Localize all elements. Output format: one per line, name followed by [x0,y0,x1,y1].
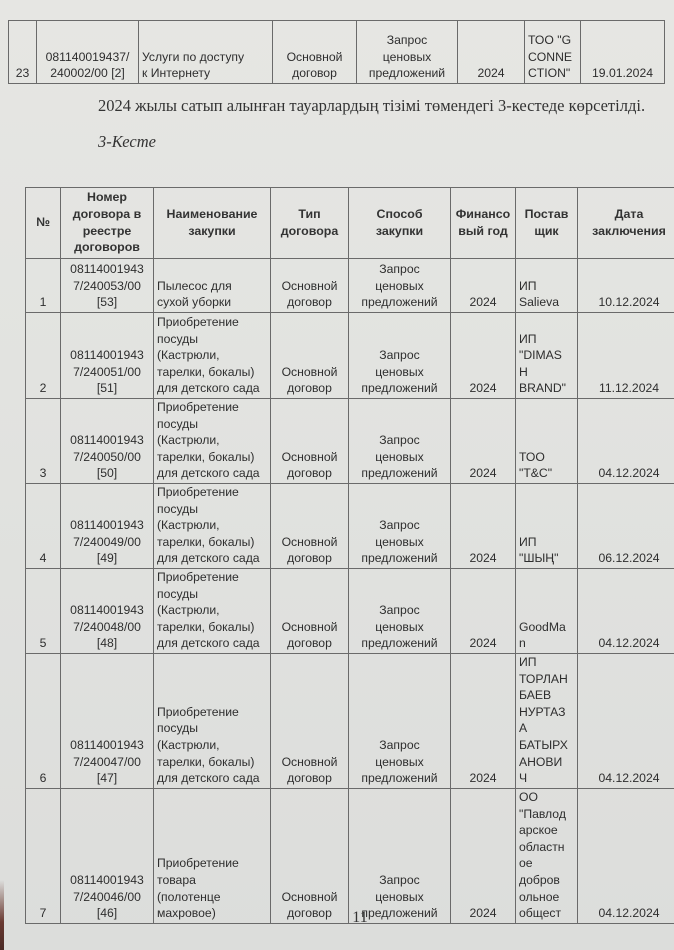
fiscal-year: 2024 [451,259,516,313]
contract-number: 08114001943 7/240048/00 [48] [61,569,154,654]
supplier: ИП "ШЫҢ" [516,484,578,569]
row-number: 5 [26,569,61,654]
header-purchase-method: Способ закупки [349,188,451,259]
purchase-method: Запрос ценовых предложений [349,569,451,654]
fiscal-year: 2024 [451,484,516,569]
header-purchase-name: Наименование закупки [154,188,271,259]
table-row: 708114001943 7/240046/00 [46]Приобретени… [26,788,674,923]
contract-type: Основной договор [271,569,349,654]
row-number: 7 [26,788,61,923]
purchase-name: Приобретение товара (полотенце махровое) [154,788,271,923]
row-number: 3 [26,399,61,484]
fiscal-year: 2024 [451,788,516,923]
header-contract-number: Номер договора в реестре договоров [61,188,154,259]
contract-date: 04.12.2024 [578,788,674,923]
table-row: 508114001943 7/240048/00 [48]Приобретени… [26,569,674,654]
contract-type: Основной договор [271,259,349,313]
contract-type: Основной договор [271,788,349,923]
page-number: 11 [0,909,674,927]
purchases-table: № Номер договора в реестре договоров Наи… [25,187,674,924]
purchase-method: Запрос ценовых предложений [349,788,451,923]
fiscal-year: 2024 [451,313,516,399]
contract-number: 08114001943 7/240049/00 [49] [61,484,154,569]
header-contract-date: Дата заключения [578,188,674,259]
fiscal-year: 2024 [451,654,516,789]
contract-number: 08114001943 7/240053/00 [53] [61,259,154,313]
contract-type: Основной договор [271,313,349,399]
table-row: 308114001943 7/240050/00 [50]Приобретени… [26,399,674,484]
fiscal-year: 2024 [451,569,516,654]
contract-date: 11.12.2024 [578,313,674,399]
header-supplier: Постав щик [516,188,578,259]
header-number: № [26,188,61,259]
contract-date: 04.12.2024 [578,569,674,654]
purchase-method: Запрос ценовых предложений [349,259,451,313]
purchase-name: Приобретение посуды (Кастрюли, тарелки, … [154,654,271,789]
purchase-method: Запрос ценовых предложений [349,313,451,399]
supplier: ОО "Павлод арское областн ое добров ольн… [516,788,578,923]
purchase-name: Услуги по доступу к Интернету [139,21,273,84]
contract-date: 06.12.2024 [578,484,674,569]
contract-type: Основной договор [271,484,349,569]
row-number: 1 [26,259,61,313]
purchase-method: Запрос ценовых предложений [357,21,458,84]
table-caption-text: 2024 жылы сатып алынған тауарлардың тізі… [98,96,645,116]
row-number: 6 [26,654,61,789]
contract-number: 08114001943 7/240046/00 [46] [61,788,154,923]
supplier: ТОО "G CONNE CTION" [525,21,581,84]
table-row: 23 081140019437/ 240002/00 [2] Услуги по… [9,21,665,84]
previous-table-continuation: 23 081140019437/ 240002/00 [2] Услуги по… [8,20,665,84]
contract-date: 19.01.2024 [581,21,665,84]
purchase-method: Запрос ценовых предложений [349,484,451,569]
row-number: 2 [26,313,61,399]
contract-number: 081140019437/ 240002/00 [2] [37,21,139,84]
table-row: 108114001943 7/240053/00 [53]Пылесос для… [26,259,674,313]
purchase-method: Запрос ценовых предложений [349,654,451,789]
supplier: ИП "DIMAS H BRAND" [516,313,578,399]
table-row: 608114001943 7/240047/00 [47]Приобретени… [26,654,674,789]
header-contract-type: Тип договора [271,188,349,259]
purchase-name: Приобретение посуды (Кастрюли, тарелки, … [154,569,271,654]
table-row: 408114001943 7/240049/00 [49]Приобретени… [26,484,674,569]
supplier: ИП ТОРЛАН БАЕВ НУРТАЗ А БАТЫРХ АНОВИ Ч [516,654,578,789]
header-fiscal-year: Финансо вый год [451,188,516,259]
contract-type: Основной договор [271,654,349,789]
contract-number: 08114001943 7/240050/00 [50] [61,399,154,484]
purchase-name: Приобретение посуды (Кастрюли, тарелки, … [154,313,271,399]
purchase-name: Приобретение посуды (Кастрюли, тарелки, … [154,399,271,484]
supplier: GoodMa n [516,569,578,654]
contract-date: 10.12.2024 [578,259,674,313]
fiscal-year: 2024 [451,399,516,484]
supplier: ТОО "T&C" [516,399,578,484]
contract-type: Основной договор [271,399,349,484]
contract-date: 04.12.2024 [578,654,674,789]
purchase-name: Приобретение посуды (Кастрюли, тарелки, … [154,484,271,569]
purchase-method: Запрос ценовых предложений [349,399,451,484]
contract-date: 04.12.2024 [578,399,674,484]
fiscal-year: 2024 [458,21,525,84]
header-row: № Номер договора в реестре договоров Наи… [26,188,674,259]
row-number: 4 [26,484,61,569]
contract-number: 08114001943 7/240051/00 [51] [61,313,154,399]
supplier: ИП Salieva [516,259,578,313]
table-label: 3-Кесте [98,132,156,152]
row-number: 23 [9,21,37,84]
table-row: 208114001943 7/240051/00 [51]Приобретени… [26,313,674,399]
contract-number: 08114001943 7/240047/00 [47] [61,654,154,789]
contract-type: Основной договор [273,21,357,84]
purchase-name: Пылесос для сухой уборки [154,259,271,313]
